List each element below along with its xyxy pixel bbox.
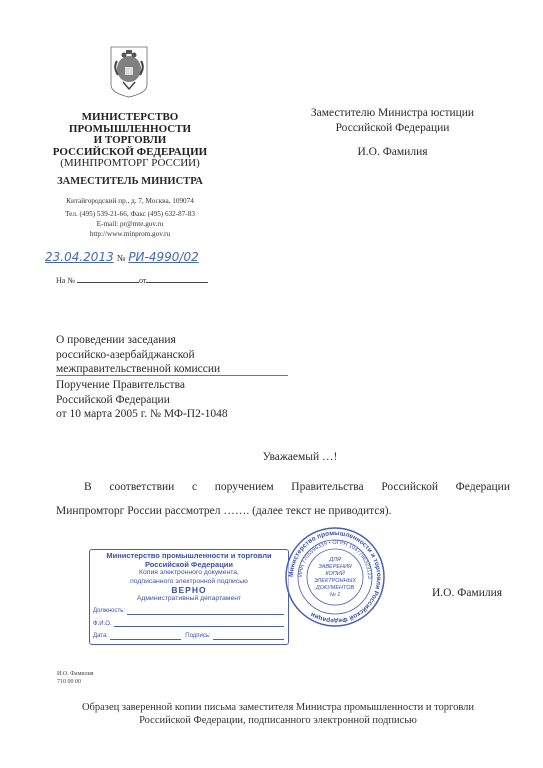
addressee-org: Российской Федерации: [290, 121, 495, 136]
instruction-line: Российской Федерации: [56, 393, 228, 408]
field-line: [110, 633, 181, 640]
letterhead-org: МИНИСТЕРСТВО ПРОМЫШЛЕННОСТИ И ТОРГОВЛИ Р…: [40, 112, 220, 170]
number-sign: №: [117, 253, 126, 263]
stamp-verified: ВЕРНО: [90, 586, 288, 595]
svg-text:№ 1: № 1: [330, 592, 341, 598]
subject-line: О проведении заседания: [56, 333, 220, 348]
svg-text:ДОКУМЕНТОВ: ДОКУМЕНТОВ: [315, 585, 355, 591]
addressee-title: Заместителю Министра юстиции: [290, 106, 495, 121]
letterhead-position: ЗАМЕСТИТЕЛЬ МИНИСТРА: [40, 176, 220, 187]
stamp-field-position: Должность:: [90, 607, 288, 616]
svg-text:ДЛЯ: ДЛЯ: [328, 557, 341, 563]
field-label: Подпись:: [185, 632, 210, 641]
website: http://www.minprom.gov.ru: [40, 229, 220, 239]
org-line: И ТОРГОВЛИ: [40, 135, 220, 147]
instruction-line: Поручение Правительства: [56, 378, 228, 393]
svg-text:КОПИЙ: КОПИЙ: [325, 569, 344, 577]
instruction-line: от 10 марта 2005 г. № МФ-П2-1048: [56, 407, 228, 422]
stamp-field-name: Ф.И.О.: [90, 620, 288, 629]
body-paragraph-line: Минпромторг России рассмотрел ……. (далее…: [56, 505, 391, 517]
instruction-reference: Поручение Правительства Российской Федер…: [56, 378, 228, 422]
letterhead-contacts: Китайгородский пр., д. 7, Москва, 109074…: [40, 196, 220, 239]
field-line: [114, 620, 284, 627]
ref-from-label: от: [139, 276, 146, 285]
org-line: МИНИСТЕРСТВО: [40, 112, 220, 124]
subject: О проведении заседания российско-азербай…: [56, 333, 220, 377]
stamp-field-date-signature: Дата:Подпись:: [90, 632, 288, 641]
address: Китайгородский пр., д. 7, Москва, 109074: [40, 196, 220, 206]
signatory-name: И.О. Фамилия: [432, 587, 502, 599]
executor-phone: 710 00 00: [57, 678, 94, 686]
registration-date: 23.04.2013: [45, 250, 114, 264]
executor-info: И.О. Фамилия 710 00 00: [57, 670, 94, 686]
ref-number-blank: [77, 274, 139, 283]
field-line: [213, 633, 284, 640]
org-short-name: (МИНПРОМТОРГ РОССИИ): [40, 158, 220, 170]
ref-date-blank: [146, 274, 208, 283]
registration-number: РИ-4990/02: [128, 250, 198, 264]
executor-name: И.О. Фамилия: [57, 670, 94, 678]
russian-coat-of-arms-icon: [109, 45, 149, 99]
caption-line: Российской Федерации, подписанного элект…: [40, 714, 516, 727]
phone-fax: Тел. (495) 539-21-66, Факс (495) 632-87-…: [40, 209, 220, 219]
reference-line: На № от: [56, 274, 208, 285]
stamp-subtitle: Российской Федерации: [90, 561, 288, 570]
field-label: Дата:: [93, 632, 108, 641]
stamp-desc: Копия электронного документа,: [90, 569, 288, 578]
stamp-department: Административный департамент: [90, 595, 288, 604]
svg-text:ЭЛЕКТРОННЫХ: ЭЛЕКТРОННЫХ: [314, 578, 356, 584]
field-label: Ф.И.О.: [93, 620, 112, 629]
official-seal: Министерство промышленности и торговли Р…: [283, 525, 387, 629]
field-label: Должность:: [93, 607, 125, 616]
registration-line: 23.04.2013№РИ-4990/02: [45, 250, 245, 264]
field-line: [127, 608, 284, 615]
addressee: Заместителю Министра юстиции Российской …: [290, 106, 495, 160]
body-paragraph-line: В соответствии с поручением Правительств…: [56, 481, 510, 493]
document-caption: Образец заверенной копии письма заместит…: [40, 701, 516, 727]
ref-label: На №: [56, 276, 75, 285]
subject-line: российско-азербайджанской: [56, 348, 220, 363]
email: E-mail: pr@mte.gov.ru: [40, 219, 220, 229]
caption-line: Образец заверенной копии письма заместит…: [40, 701, 516, 714]
addressee-name: И.О. Фамилия: [290, 145, 495, 160]
greeting: Уважаемый …!: [0, 451, 543, 463]
certification-stamp: Министерство промышленности и торговли Р…: [89, 549, 289, 645]
svg-text:ЗАВЕРЕНИЯ: ЗАВЕРЕНИЯ: [318, 564, 352, 570]
subject-divider: [56, 375, 288, 376]
